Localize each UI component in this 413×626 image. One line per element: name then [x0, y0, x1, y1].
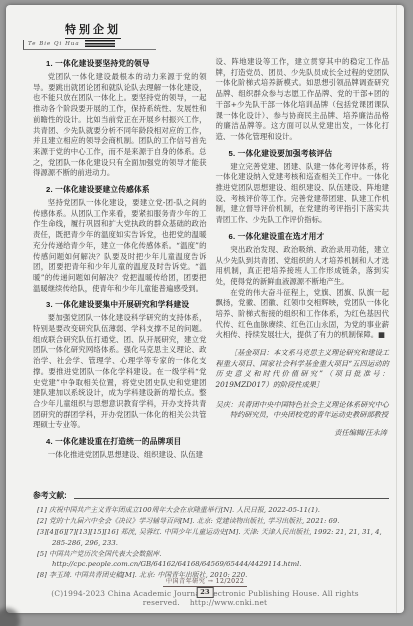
scan-fold-line — [396, 5, 397, 613]
section-1-heading: 1. 一体化建设要坚持党的领导 — [33, 58, 207, 69]
section-2-paragraph: 坚持党团队一体化建设，要建立党-团-队之间的传感体系。从团队工作来看，要紧扣服务… — [33, 198, 207, 294]
section-6-paragraph: 突出政治发现、政治吸纳、政治录用功能，建立从少先队到共青团、党组织的人才培养机制… — [216, 245, 390, 288]
closing-paragraph: 在党的伟大奋斗征程上，党旗、团旗、队旗一起飘扬，党徽、团徽、红领巾交相辉映，党团… — [216, 288, 390, 342]
journal-page: 特别企划 Te Bie Qi Hua 1. 一体化建设要坚持党的领导 党团队一体… — [6, 5, 404, 613]
section-5-paragraph: 建立完善党建、团建、队建一体化考评体系，将一体化建设纳入党建考核和巡查相关工作中… — [216, 162, 390, 226]
section-5-heading: 5. 一体化建设要加强考核评估 — [216, 148, 390, 159]
references-title: 参考文献: — [33, 490, 67, 501]
journal-column-badge: 特别企划 Te Bie Qi Hua — [23, 18, 141, 50]
article-columns: 1. 一体化建设要坚持党的领导 党团队一体化建设最根本的动力来源于党的领导。要跳… — [6, 50, 404, 487]
editor-credit: 责任编辑/汪永涛 — [216, 428, 390, 438]
triple-rule-ornament — [85, 40, 115, 47]
footer-journal-line: 中国青年研究 → 12/2022 — [163, 576, 247, 587]
section-4-heading: 4. 一体化建设重在打造统一的品牌项目 — [33, 436, 207, 447]
reference-item: [2] 党的十九届六中全会《决议》学习辅导百问[M]. 北京: 党建读物出版社,… — [37, 516, 389, 526]
references-rule — [74, 498, 389, 499]
reference-item: [1] 庆祝中国共产主义青年团成立100周年大会在京隆重举行[N]. 人民日报,… — [37, 505, 389, 515]
left-column: 1. 一体化建设要坚持党的领导 党团队一体化建设最根本的动力来源于党的领导。要跳… — [33, 57, 207, 487]
column-pinyin: Te Bie Qi Hua — [28, 41, 80, 47]
references-section: 参考文献: [1] 庆祝中国共产主义青年团成立100周年大会在京隆重举行[N].… — [33, 490, 389, 580]
funding-note: ［基金项目：本文系马克思主义理论研究和建设工程重大项目、国家社会科学基金重大项目… — [216, 348, 390, 390]
scanned-page-background: 特别企划 Te Bie Qi Hua 1. 一体化建设要坚持党的领导 党团队一体… — [0, 0, 413, 626]
section-3-heading: 3. 一体化建设要集中开展研究和学科建设 — [33, 299, 207, 310]
section-4-paragraph: 一体化推进党团队思想建设、组织建设、队伍建 — [33, 450, 207, 461]
page-number-box: 23 — [197, 587, 214, 598]
section-4-continuation-paragraph: 设、阵地建设等工作，建立贯穿其中的稳定工作品牌，打造党员、团员、少先队员成长全过… — [216, 57, 390, 143]
author-bio: 吴庆：共青团中央中国特色社会主义理论体系研究中心特约研究员，中央团校党的青年运动… — [216, 400, 390, 421]
cnki-url: http://www.cnki.net — [190, 598, 267, 607]
section-2-heading: 2. 一体化建设要建立传感体系 — [33, 184, 207, 195]
reference-item: [3][4][6][7][13][15][16] 郑洸, 吴蓉红. 中国少年儿童… — [37, 527, 389, 547]
copyright-row: (C)1994-2023 China Academic Journal Elec… — [6, 589, 404, 607]
column-title: 特别企划 — [65, 21, 121, 39]
page-footer: 中国青年研究 → 12/2022 (C)1994-2023 China Acad… — [6, 568, 404, 607]
right-column: 设、阵地建设等工作，建立贯穿其中的稳定工作品牌，打造党员、团员、少先队员成长全过… — [216, 57, 390, 487]
section-1-paragraph: 党团队一体化建设最根本的动力来源于党的领导。要跳出就团论团和就队论队去理解一体化… — [33, 72, 207, 179]
reference-item: [5] 中国共产党历次全国代表大会数据库. http://cpc.people.… — [37, 549, 389, 569]
section-3-paragraph: 要加强党团队一体化建设科学研究的支持体系，特别是要改变研究队伍薄弱、学科支撑不足… — [33, 313, 207, 431]
section-6-heading: 6. 一体化建设重在选才用才 — [216, 231, 390, 242]
